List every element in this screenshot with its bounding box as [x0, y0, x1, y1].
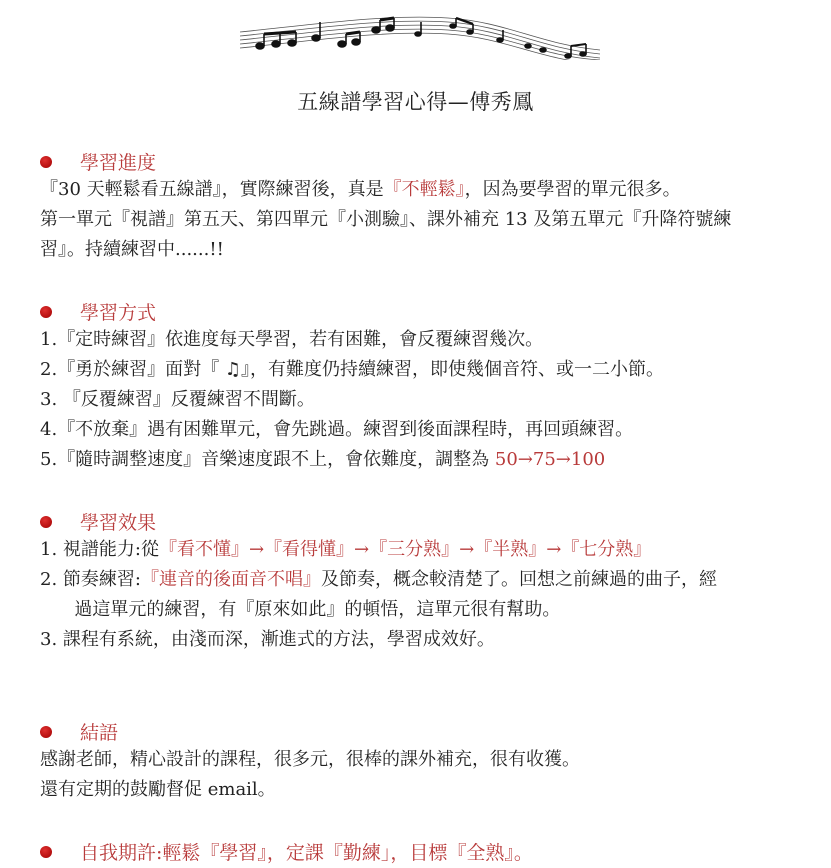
section-heading-label: 結語 [80, 718, 118, 745]
list-item: 4.『不放棄』遇有困難單元，會先跳過。練習到後面課程時，再回頭練習。 [40, 415, 633, 445]
list-item: 2. 節奏練習:『連音的後面音不唱』及節奏，概念較清楚了。回想之前練過的曲子，經 [40, 565, 717, 595]
text-span: 2. 節奏練習: [40, 569, 141, 590]
bullet-icon [40, 846, 52, 858]
list-item: 1.『定時練習』依進度每天學習，若有困難，會反覆練習幾次。 [40, 325, 543, 355]
section-heading-progress: 學習進度 [40, 148, 156, 175]
bullet-icon [40, 516, 52, 528]
bullet-icon [40, 306, 52, 318]
highlight-text: 『看不懂』→『看得懂』→『三分熟』→『半熟』→『七分熟』 [159, 539, 651, 560]
text-span: 還有定期的鼓勵督促 email。 [40, 779, 276, 800]
text-span: 5.『隨時調整速度』音樂速度跟不上，會依難度，調整為 [40, 449, 495, 470]
closing-text: 自我期許:輕鬆『學習』，定課『勤練」，目標『全熟』。 [80, 838, 533, 865]
highlight-text: 『不輕鬆』 [384, 179, 465, 200]
text-span: 4.『不放棄』遇有困難單元，會先跳過。練習到後面課程時，再回頭練習。 [40, 419, 633, 440]
list-item: 5.『隨時調整速度』音樂速度跟不上，會依難度，調整為 50→75→100 [40, 445, 605, 475]
text-span: 習』。持續練習中......!! [40, 239, 224, 260]
text-span: 3. 課程有系統，由淺而深，漸進式的方法，學習成效好。 [40, 629, 495, 650]
list-item: 3. 『反覆練習』反覆練習不間斷。 [40, 385, 315, 415]
list-item: 3. 課程有系統，由淺而深，漸進式的方法，學習成效好。 [40, 625, 495, 655]
paragraph-line: 還有定期的鼓勵督促 email。 [40, 775, 276, 805]
section-heading-method: 學習方式 [40, 298, 156, 325]
page-title: 五線譜學習心得—傅秀鳳 [0, 86, 831, 116]
list-item: 過這單元的練習，有『原來如此』的頓悟，這單元很有幫助。 [40, 595, 560, 625]
section-heading-effect: 學習效果 [40, 508, 156, 535]
paragraph-line: 習』。持續練習中......!! [40, 235, 224, 265]
highlight-text: 50→75→100 [495, 449, 605, 470]
bullet-icon [40, 726, 52, 738]
self-expectation: 自我期許:輕鬆『學習』，定課『勤練」，目標『全熟』。 [40, 838, 533, 865]
section-heading-label: 學習進度 [80, 148, 156, 175]
text-span: ，因為要學習的單元很多。 [465, 179, 681, 200]
bullet-icon [40, 156, 52, 168]
text-span: 『30 天輕鬆看五線譜』，實際練習後，真是 [40, 179, 384, 200]
section-heading-conclusion: 結語 [40, 718, 118, 745]
text-span: 第一單元『視譜』第五天、第四單元『小測驗』、課外補充 13 及第五單元『升降符號… [40, 209, 731, 230]
paragraph-line: 第一單元『視譜』第五天、第四單元『小測驗』、課外補充 13 及第五單元『升降符號… [40, 205, 731, 235]
list-item: 1. 視譜能力:從『看不懂』→『看得懂』→『三分熟』→『半熟』→『七分熟』 [40, 535, 651, 565]
text-span: 1. 視譜能力:從 [40, 539, 159, 560]
section-heading-label: 學習方式 [80, 298, 156, 325]
paragraph-line: 『30 天輕鬆看五線譜』，實際練習後，真是『不輕鬆』，因為要學習的單元很多。 [40, 175, 681, 205]
highlight-text: 『連音的後面音不唱』 [141, 569, 321, 590]
text-span: 感謝老師，精心設計的課程，很多元，很棒的課外補充，很有收獲。 [40, 749, 580, 770]
music-staff-banner-icon [238, 8, 602, 60]
text-span: 及節奏，概念較清楚了。回想之前練過的曲子，經 [321, 569, 717, 590]
text-span: 3. 『反覆練習』反覆練習不間斷。 [40, 389, 315, 410]
paragraph-line: 感謝老師，精心設計的課程，很多元，很棒的課外補充，很有收獲。 [40, 745, 580, 775]
text-span: 1.『定時練習』依進度每天學習，若有困難，會反覆練習幾次。 [40, 329, 543, 350]
text-span: 2.『勇於練習』面對『 ♫』，有難度仍持續練習，即使幾個音符、或一二小節。 [40, 359, 664, 380]
text-span: 過這單元的練習，有『原來如此』的頓悟，這單元很有幫助。 [40, 599, 560, 620]
list-item: 2.『勇於練習』面對『 ♫』，有難度仍持續練習，即使幾個音符、或一二小節。 [40, 355, 664, 385]
section-heading-label: 學習效果 [80, 508, 156, 535]
